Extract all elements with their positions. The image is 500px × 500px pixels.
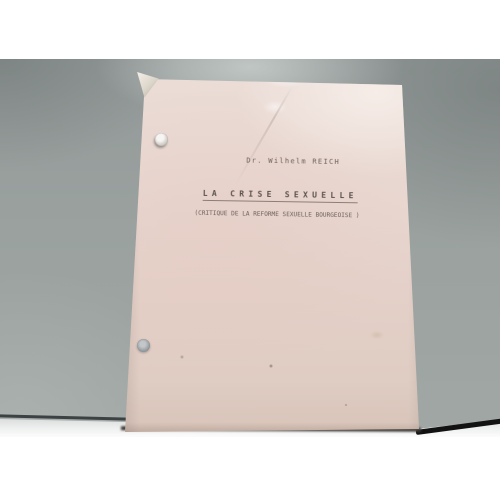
page: { "manuscript": { "author_line": "Dr. Wi… bbox=[0, 0, 500, 500]
product-photo: Dr. Wilhelm REICH LA CRISE SEXUELLE (CRI… bbox=[0, 59, 500, 437]
author-line: Dr. Wilhelm REICH bbox=[246, 157, 340, 166]
title-line: LA CRISE SEXUELLE bbox=[203, 189, 358, 203]
typewritten-text-block: Dr. Wilhelm REICH LA CRISE SEXUELLE (CRI… bbox=[121, 77, 422, 436]
manuscript-cover: Dr. Wilhelm REICH LA CRISE SEXUELLE (CRI… bbox=[125, 79, 420, 433]
subtitle-line: (CRITIQUE DE LA REFORME SEXUELLE BOURGEO… bbox=[194, 210, 359, 220]
